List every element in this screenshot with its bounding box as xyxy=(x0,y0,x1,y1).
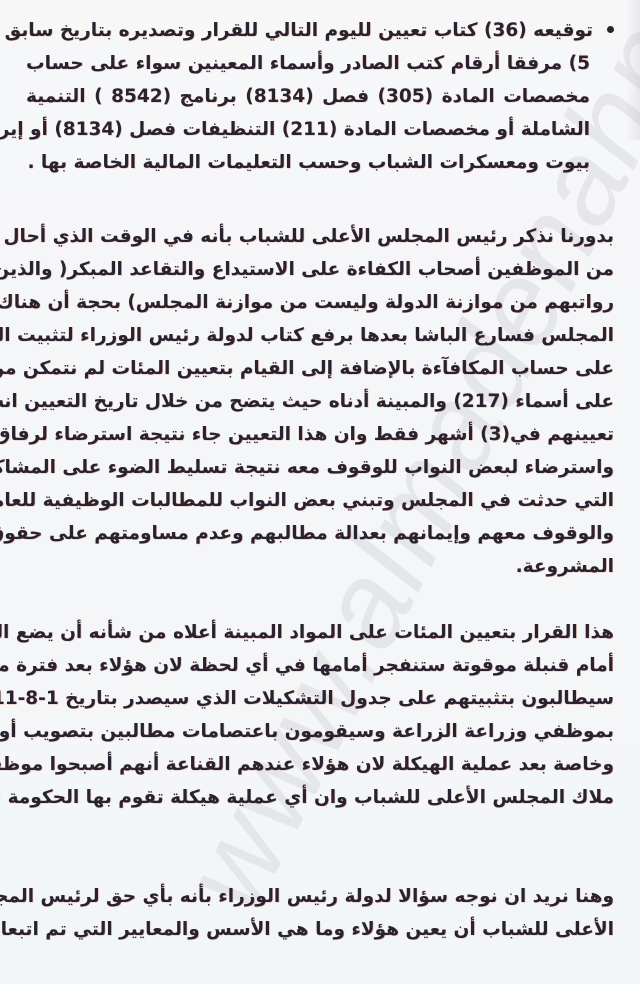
paragraph-line: على أسماء (217) والمبينة أدناه حيث يتضح … xyxy=(26,385,614,418)
paragraph-line: سيطالبون بتثبيتهم على جدول التشكيلات الذ… xyxy=(26,682,614,715)
paragraph-line: تعيينهم في(3) أشهر فقط وان هذا التعيين ج… xyxy=(26,418,614,451)
bullet-line-3: مخصصات المادة (305) فصل (8134) برنامج (8… xyxy=(26,80,614,113)
paragraph-line: التي حدثت في المجلس وتبني بعض النواب للم… xyxy=(26,484,614,517)
paragraph-line: من الموظفين أصحاب الكفاءة على الاستيداع … xyxy=(26,253,614,286)
scanned-document-page: www.almadenahnews.com توقيعه (36) كتاب ت… xyxy=(0,0,640,984)
paragraph-3: وهنا نريد ان نوجه سؤالا لدولة رئيس الوزر… xyxy=(26,880,614,946)
paragraph-line: وهنا نريد ان نوجه سؤالا لدولة رئيس الوزر… xyxy=(26,880,614,913)
bullet-line-1: توقيعه (36) كتاب تعيين لليوم التالي للقر… xyxy=(26,14,614,47)
paragraph-line: الأعلى للشباب أن يعين هؤلاء وما هي الأسس… xyxy=(26,913,614,946)
paragraph-line: ملاك المجلس الأعلى للشباب وان أي عملية ه… xyxy=(26,781,614,814)
paragraph-line: وخاصة بعد عملية الهيكلة لان هؤلاء عندهم … xyxy=(26,748,614,781)
bullet-line-4: الشاملة أو مخصصات المادة (211) التنظيفات… xyxy=(26,113,614,146)
bullet-line-2: 5) مرفقا أرقام كتب الصادر وأسماء المعيني… xyxy=(26,47,614,80)
paragraph-line: رواتبهم من موازنة الدولة وليست من موازنة… xyxy=(26,286,614,319)
paragraph-line: المشروعة. xyxy=(26,550,614,583)
paragraph-line: على حساب المكافآءة بالإضافة إلى القيام ب… xyxy=(26,352,614,385)
paragraph-line: المجلس فسارع الباشا بعدها برفع كتاب لدول… xyxy=(26,319,614,352)
paragraph-line: والوقوف معهم وإيمانهم بعدالة مطالبهم وعد… xyxy=(26,517,614,550)
scan-edge-shadow xyxy=(626,0,640,140)
paragraph-1: بدورنا نذكر رئيس المجلس الأعلى للشباب بأ… xyxy=(26,220,614,583)
paragraph-line: هذا القرار بتعيين المئات على المواد المب… xyxy=(26,616,614,649)
paragraph-line: بموظفي وزراعة الزراعة وسيقومون باعتصامات… xyxy=(26,715,614,748)
bullet-icon xyxy=(607,26,614,33)
paragraph-line: أمام قنبلة موقوتة ستنفجر أمامها في أي لح… xyxy=(26,649,614,682)
bullet-list-item: توقيعه (36) كتاب تعيين لليوم التالي للقر… xyxy=(26,14,614,179)
paragraph-line: بدورنا نذكر رئيس المجلس الأعلى للشباب بأ… xyxy=(26,220,614,253)
bullet-line-5: بيوت ومعسكرات الشباب وحسب التعليمات الما… xyxy=(26,146,614,179)
paragraph-line: واسترضاء لبعض النواب للوقوف معه نتيجة تس… xyxy=(26,451,614,484)
paragraph-2: هذا القرار بتعيين المئات على المواد المب… xyxy=(26,616,614,814)
